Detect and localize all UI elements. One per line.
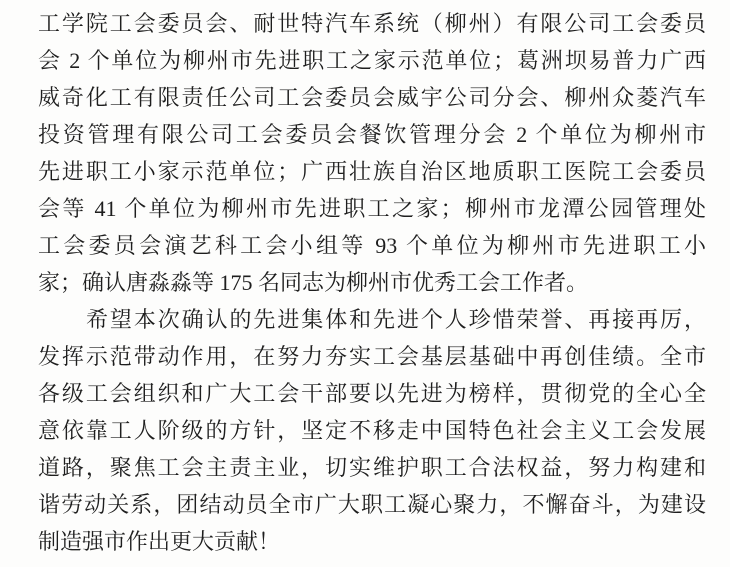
text-line: 制造强市作出更大贡献！: [38, 523, 706, 560]
paragraph: 希望本次确认的先进集体和先进个人珍惜荣誉、再接再厉，发挥示范带动作用，在努力夯实…: [38, 301, 706, 560]
text-line: 各级工会组织和广大工会干部要以先进为榜样，贯彻党的全心全: [38, 375, 706, 412]
paragraph: 工学院工会委员会、耐世特汽车系统（柳州）有限公司工会委员会 2 个单位为柳州市先…: [38, 5, 706, 301]
text-line: 会等 41 个单位为柳州市先进职工之家；柳州市龙潭公园管理处: [38, 190, 706, 227]
text-line: 投资管理有限公司工会委员会餐饮管理分会 2 个单位为柳州市: [38, 116, 706, 153]
document-body: 工学院工会委员会、耐世特汽车系统（柳州）有限公司工会委员会 2 个单位为柳州市先…: [38, 5, 706, 560]
text-line: 希望本次确认的先进集体和先进个人珍惜荣誉、再接再厉，: [38, 301, 706, 338]
text-line: 先进职工小家示范单位；广西壮族自治区地质职工医院工会委员: [38, 153, 706, 190]
text-line: 意依靠工人阶级的方针，坚定不移走中国特色社会主义工会发展: [38, 412, 706, 449]
text-line: 工学院工会委员会、耐世特汽车系统（柳州）有限公司工会委员: [38, 5, 706, 42]
text-line: 谐劳动关系，团结动员全市广大职工凝心聚力，不懈奋斗，为建设: [38, 486, 706, 523]
text-line: 会 2 个单位为柳州市先进职工之家示范单位；葛洲坝易普力广西: [38, 42, 706, 79]
document-page: 工学院工会委员会、耐世特汽车系统（柳州）有限公司工会委员会 2 个单位为柳州市先…: [0, 0, 730, 567]
text-line: 发挥示范带动作用，在努力夯实工会基层基础中再创佳绩。全市: [38, 338, 706, 375]
text-line: 工会委员会演艺科工会小组等 93 个单位为柳州市先进职工小: [38, 227, 706, 264]
text-line: 威奇化工有限责任公司工会委员会威宇公司分会、柳州众菱汽车: [38, 79, 706, 116]
text-line: 家；确认唐淼淼等 175 名同志为柳州市优秀工会工作者。: [38, 264, 706, 301]
text-line: 道路，聚焦工会主责主业，切实维护职工合法权益，努力构建和: [38, 449, 706, 486]
